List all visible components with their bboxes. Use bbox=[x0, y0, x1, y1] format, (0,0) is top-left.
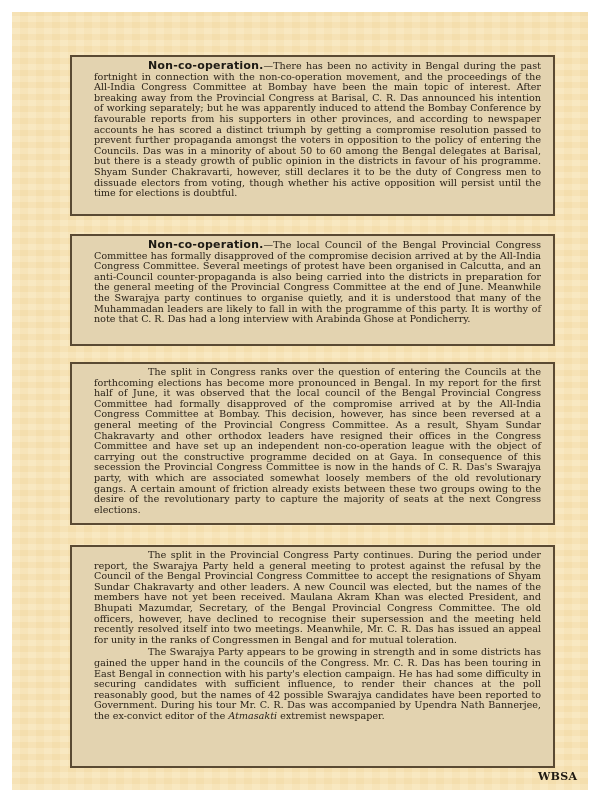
clipping-text: —There has been no activity in Bengal du… bbox=[94, 61, 541, 199]
clipping-provincial-congress-party: The split in the Provincial Congress Par… bbox=[70, 545, 555, 768]
clipping-heading: Non-co-operation. bbox=[148, 59, 264, 72]
clipping-non-co-operation-1: Non-co-operation.—There has been no acti… bbox=[70, 55, 555, 216]
clipping-paragraph: Non-co-operation.—There has been no acti… bbox=[94, 61, 541, 200]
archive-page: Non-co-operation.—There has been no acti… bbox=[12, 12, 588, 790]
clipping-heading: Non-co-operation. bbox=[148, 238, 264, 251]
clipping-paragraph: The Swarajya Party appears to be growing… bbox=[94, 648, 541, 722]
clipping-non-co-operation-2: Non-co-operation.—The local Council of t… bbox=[70, 234, 555, 346]
clipping-paragraph: The split in the Provincial Congress Par… bbox=[94, 551, 541, 646]
clipping-paragraph: Non-co-operation.—The local Council of t… bbox=[94, 240, 541, 326]
clipping-text: extremist newspaper. bbox=[277, 711, 385, 722]
newspaper-name: Atmasakti bbox=[228, 711, 277, 722]
archive-watermark: WBSA bbox=[538, 770, 577, 783]
clipping-congress-split: The split in Congress ranks over the que… bbox=[70, 362, 555, 525]
clipping-paragraph: The split in Congress ranks over the que… bbox=[94, 368, 541, 516]
clipping-text: —The local Council of the Bengal Provinc… bbox=[94, 240, 541, 325]
